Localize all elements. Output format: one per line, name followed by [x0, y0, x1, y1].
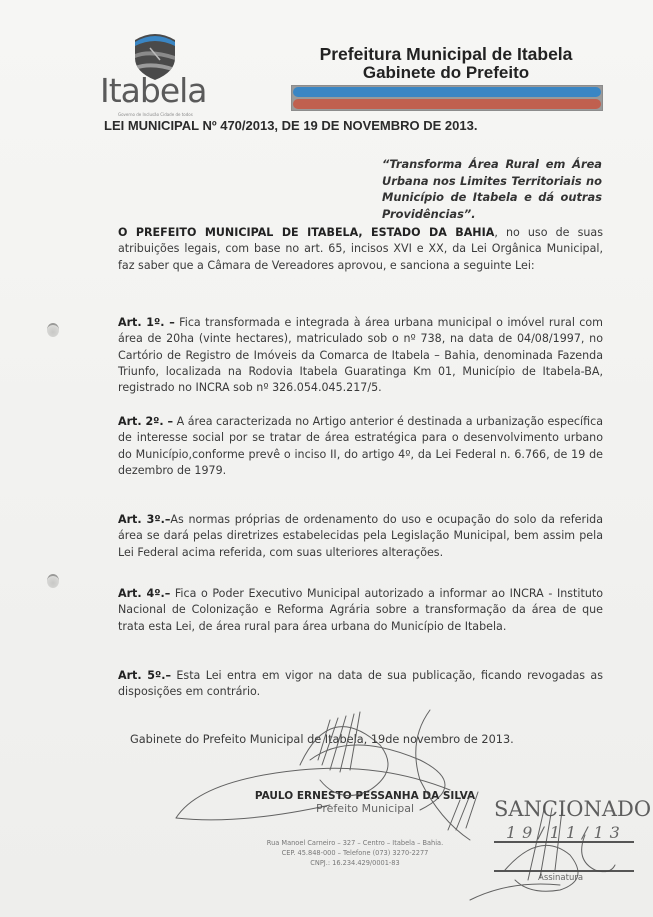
blue-bar — [293, 87, 601, 97]
logo-wordmark: Itabela — [100, 74, 207, 107]
stamp-word: SANCIONADO — [494, 797, 651, 821]
signer-name: PAULO ERNESTO PESSANHA DA SILVA — [250, 790, 480, 802]
article-4: Art. 4º.– Fica o Poder Executivo Municip… — [118, 586, 603, 635]
punch-hole — [47, 574, 59, 588]
signer-role: Prefeito Municipal — [250, 802, 480, 815]
red-bar — [293, 99, 601, 109]
article-label: Art. 1º. – — [118, 316, 175, 329]
article-2: Art. 2º. – A área caracterizada no Artig… — [118, 414, 603, 479]
stamp-label: Assinatura — [538, 873, 583, 883]
letterhead-color-bars — [291, 85, 603, 111]
address-line: Rua Manoel Carneiro – 327 – Centro – Ita… — [230, 838, 480, 848]
article-label: Art. 2º. – — [118, 415, 173, 428]
punch-hole — [47, 323, 59, 337]
letterhead: Prefeitura Municipal de Itabela Gabinete… — [290, 45, 602, 82]
logo-tagline: Governo de Inclusão Cidade de todos — [118, 112, 193, 117]
article-text: A área caracterizada no Artigo anterior … — [118, 415, 603, 477]
address-line: CNPJ.: 16.234.429/0001-83 — [230, 858, 480, 868]
article-label: Art. 5º.– — [118, 669, 171, 682]
article-label: Art. 3º.– — [118, 513, 170, 526]
article-label: Art. 4º.– — [118, 587, 170, 600]
stamp-handwritten-date: 19/11/13 — [506, 823, 626, 842]
address-line: CEP. 45.848-000 – Telefone (073) 3270-22… — [230, 848, 480, 858]
preamble-authority: O PREFEITO MUNICIPAL DE ITABELA, ESTADO … — [118, 226, 494, 239]
sanction-stamp: SANCIONADO 19/11/13 Assinatura — [494, 797, 644, 897]
document-page: Itabela Governo de Inclusão Cidade de to… — [0, 0, 653, 917]
footer-address: Rua Manoel Carneiro – 327 – Centro – Ita… — [230, 838, 480, 868]
article-text: Fica transformada e integrada à área urb… — [118, 316, 603, 394]
law-title: LEI MUNICIPAL Nº 470/2013, DE 19 DE NOVE… — [104, 118, 477, 133]
preamble: O PREFEITO MUNICIPAL DE ITABELA, ESTADO … — [118, 225, 603, 274]
article-text: As normas próprias de ordenamento do uso… — [118, 513, 603, 559]
municipal-logo: Itabela Governo de Inclusão Cidade de to… — [100, 30, 220, 110]
law-summary: “Transforma Área Rural em Área Urbana no… — [382, 156, 602, 222]
org-subtitle: Gabinete do Prefeito — [290, 64, 602, 82]
stamp-rule — [494, 870, 634, 872]
article-5: Art. 5º.– Esta Lei entra em vigor na dat… — [118, 668, 603, 701]
closing-date-line: Gabinete do Prefeito Municipal de Itabel… — [130, 733, 514, 746]
article-1: Art. 1º. – Fica transformada e integrada… — [118, 315, 603, 396]
article-3: Art. 3º.–As normas próprias de ordenamen… — [118, 512, 603, 561]
signature-block: PAULO ERNESTO PESSANHA DA SILVA Prefeito… — [250, 790, 480, 815]
stamp-rule — [494, 841, 634, 843]
article-text: Fica o Poder Executivo Municipal autoriz… — [118, 587, 603, 633]
article-text: Esta Lei entra em vigor na data de sua p… — [118, 669, 603, 698]
org-title: Prefeitura Municipal de Itabela — [290, 45, 602, 64]
